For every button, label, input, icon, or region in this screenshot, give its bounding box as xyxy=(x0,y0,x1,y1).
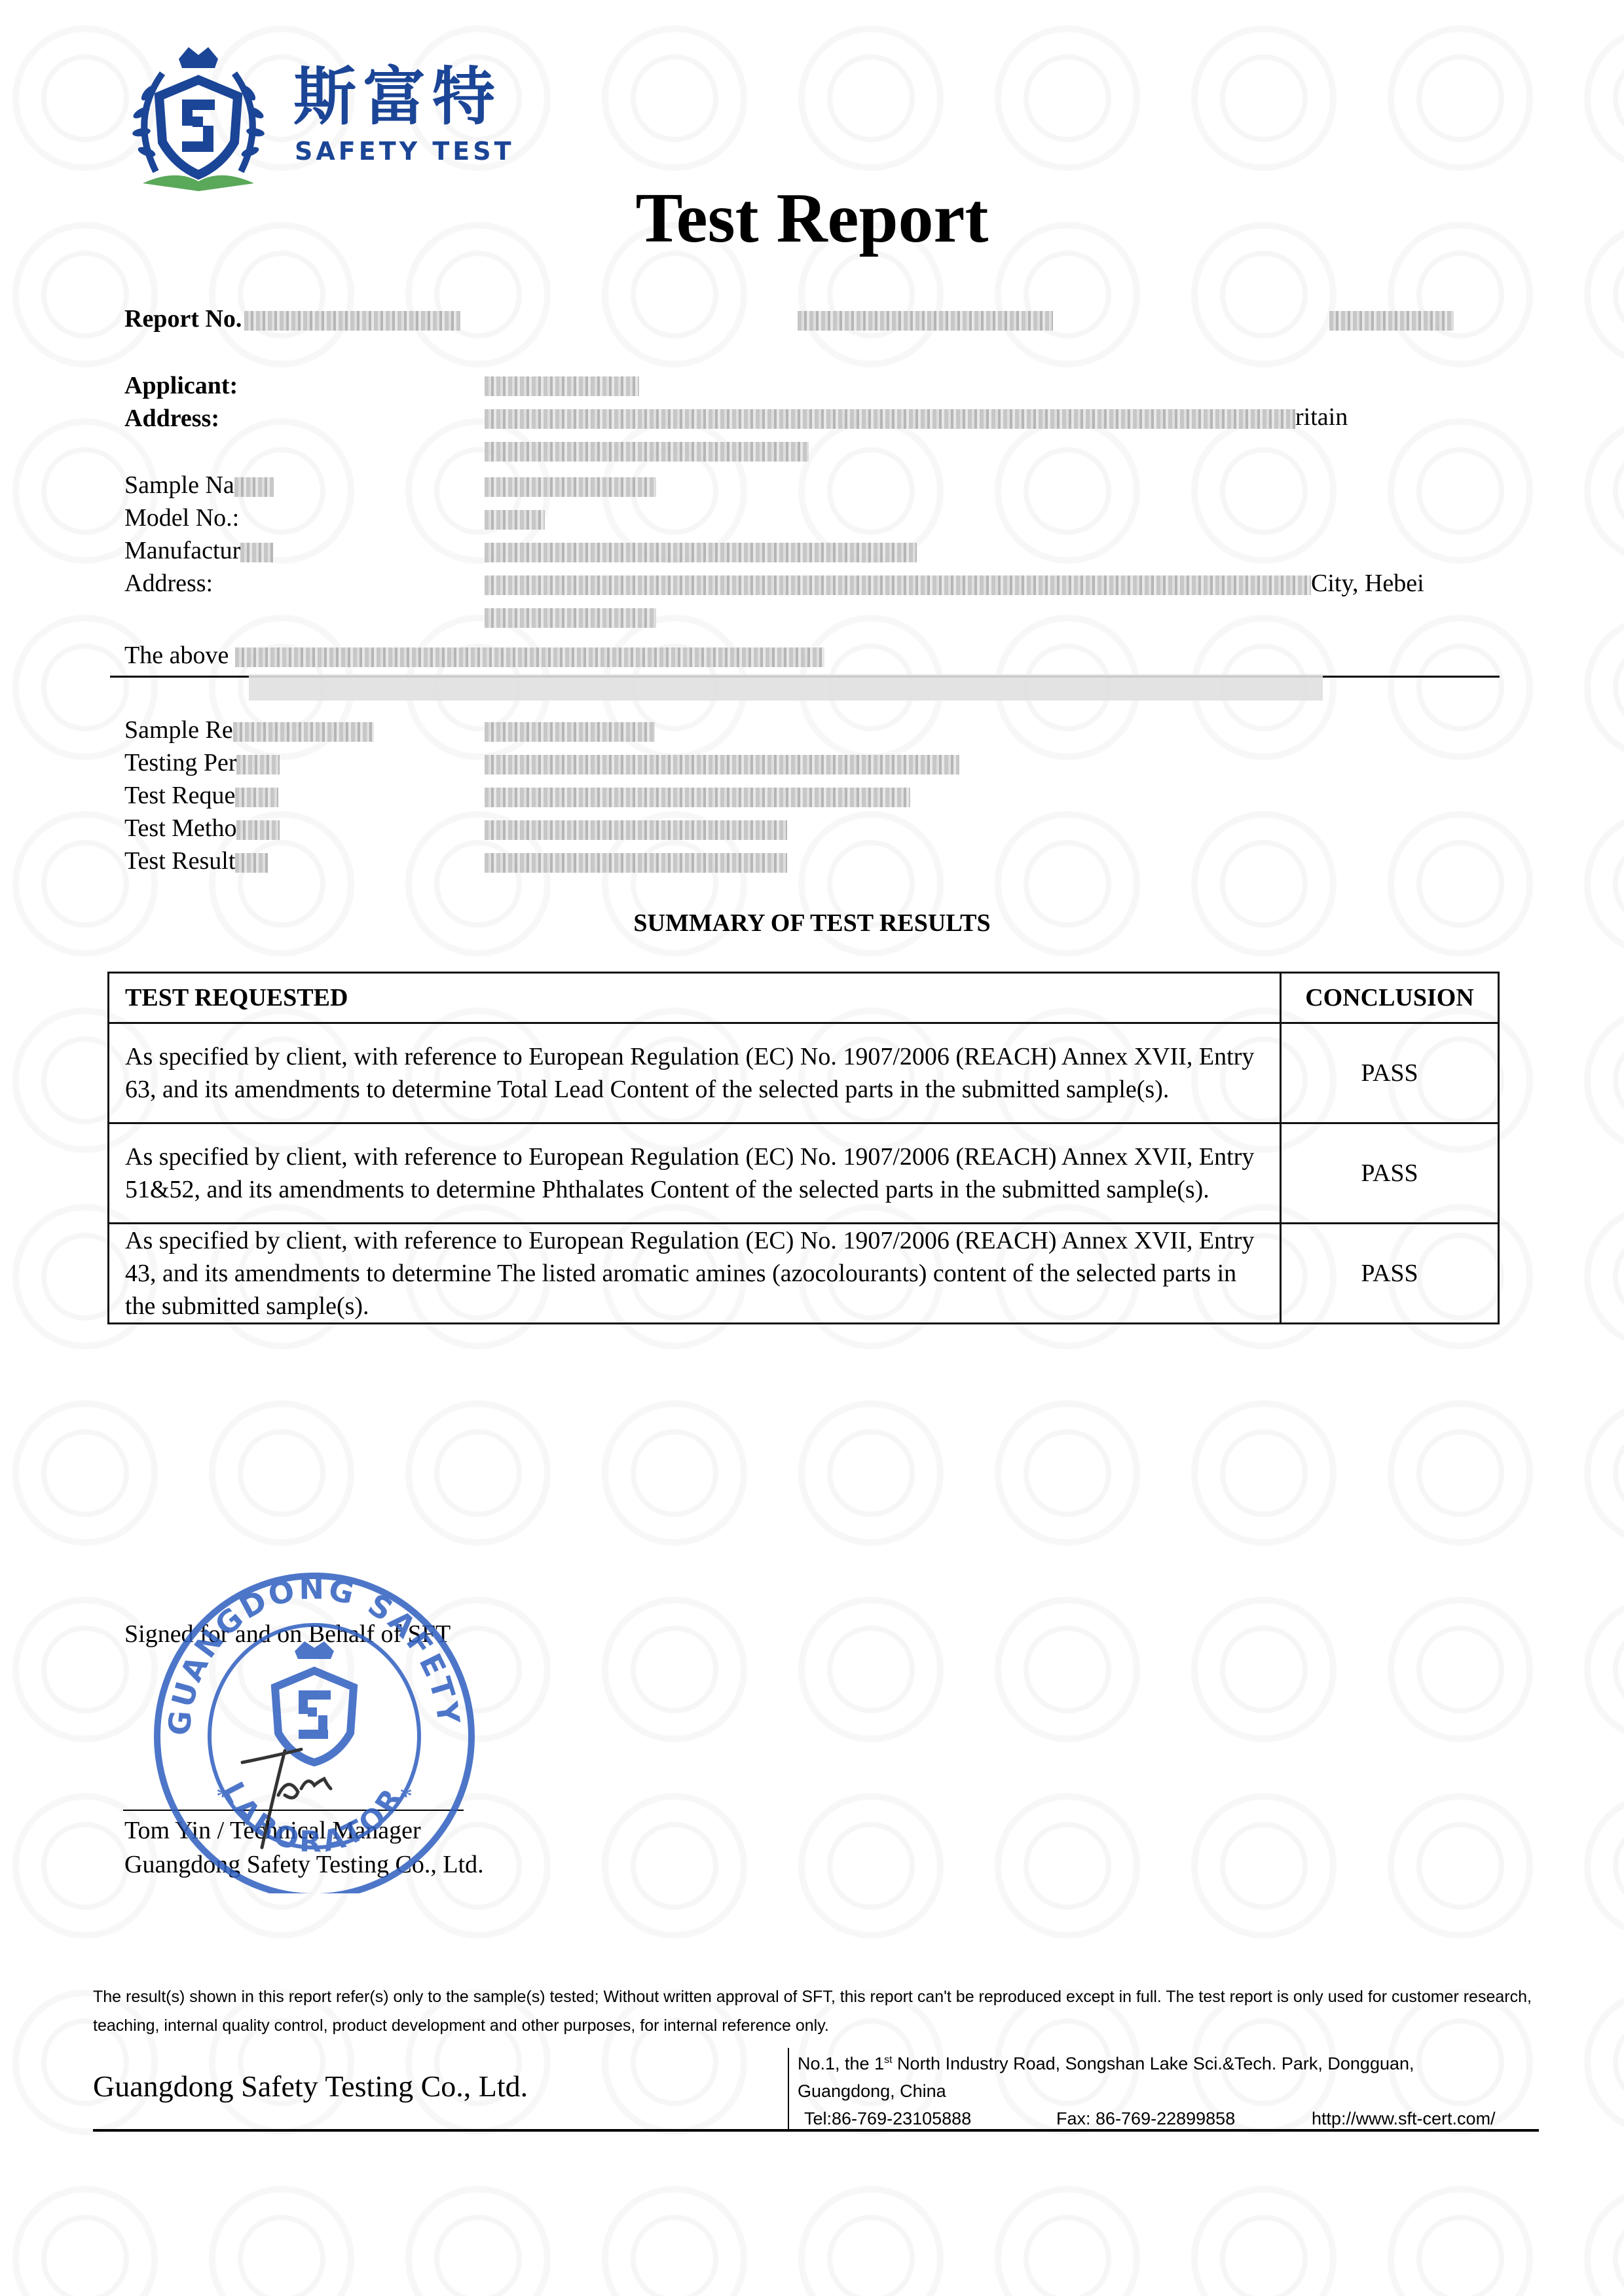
test-method-label: Test Metho xyxy=(124,812,280,845)
conclusion-value: PASS xyxy=(1281,1224,1499,1324)
sample-receiving-date-value xyxy=(485,714,655,746)
footer-company-name: Guangdong Safety Testing Co., Ltd. xyxy=(93,2069,528,2104)
table-row: As specified by client, with reference t… xyxy=(109,1224,1499,1324)
manufacturer-label: Manufactur xyxy=(124,534,273,567)
summary-title: SUMMARY OF TEST RESULTS xyxy=(0,909,1624,938)
sample-name-value xyxy=(485,469,656,501)
page-number xyxy=(1329,302,1454,335)
footer-contact-line: Tel:86-769-23105888Fax: 86-769-22899858h… xyxy=(798,2105,1538,2132)
logo-english-name: SAFETY TEST xyxy=(295,139,515,164)
test-requested-value xyxy=(485,779,910,812)
table-header-row: TEST REQUESTED CONCLUSION xyxy=(109,973,1499,1023)
footer-separator xyxy=(788,2048,789,2129)
company-logo: 斯富特 SAFETY TEST xyxy=(117,34,516,198)
model-no-value xyxy=(485,501,545,534)
model-no-label: Model No.: xyxy=(124,501,239,534)
manufacturer-address-label: Address: xyxy=(124,567,213,600)
table-row: As specified by client, with reference t… xyxy=(109,1023,1499,1123)
document-title: Test Report xyxy=(0,183,1624,254)
footer-website-link[interactable]: http://www.sft-cert.com/ xyxy=(1312,2105,1496,2132)
test-description: As specified by client, with reference t… xyxy=(109,1123,1281,1224)
manufacturer-address-line2 xyxy=(485,600,656,632)
page-number-redacted xyxy=(1329,311,1454,331)
footer-address-line2: Guangdong, China xyxy=(798,2077,1538,2105)
applicant-label: Applicant: xyxy=(124,369,238,402)
report-date-redacted xyxy=(798,311,1053,331)
svg-text:*: * xyxy=(399,1781,413,1811)
testing-period-label: Testing Per xyxy=(124,746,280,779)
testing-period-value xyxy=(485,746,959,779)
report-no-label: Report No. xyxy=(124,305,242,333)
conclusion-value: PASS xyxy=(1281,1023,1499,1123)
footer-address-block: No.1, the 1st North Industry Road, Songs… xyxy=(798,2047,1538,2132)
sample-receiving-date-label: Sample Re xyxy=(124,714,374,746)
manufacturer-value xyxy=(485,534,917,567)
test-results-label: Test Result xyxy=(124,845,268,877)
footer-rule xyxy=(93,2129,1539,2132)
report-no: Report No. xyxy=(124,302,460,335)
column-header-conclusion: CONCLUSION xyxy=(1281,973,1499,1023)
manufacturer-address-line1: City, Hebei xyxy=(485,567,1424,600)
summary-table: TEST REQUESTED CONCLUSION As specified b… xyxy=(107,972,1500,1324)
applicant-value xyxy=(485,368,639,401)
test-method-value xyxy=(485,812,787,845)
shield-crest-logo-icon xyxy=(117,34,280,198)
applicant-address-label: Address: xyxy=(124,402,219,435)
applicant-address-line1: ritain xyxy=(485,401,1348,433)
logo-chinese-name: 斯富特 xyxy=(293,65,502,128)
footer-tel: Tel:86-769-23105888 xyxy=(798,2105,1056,2132)
svg-text:*: * xyxy=(216,1781,229,1811)
test-requested-label: Test Reque xyxy=(124,779,278,812)
sample-name-label: Sample Na xyxy=(124,469,274,501)
divider-redacted-region xyxy=(249,674,1323,701)
footer-disclaimer: The result(s) shown in this report refer… xyxy=(93,1982,1534,2040)
report-date xyxy=(798,302,1053,335)
test-results-value xyxy=(485,845,787,877)
applicant-address-line2 xyxy=(485,433,809,466)
report-no-value-redacted xyxy=(244,311,460,331)
table-row: As specified by client, with reference t… xyxy=(109,1123,1499,1224)
provided-by-client-note: The above xyxy=(124,639,824,672)
company-stamp-icon: GUANGDONG SAFETY TESTING CO., LTD. LABOR… xyxy=(144,1566,485,1893)
conclusion-value: PASS xyxy=(1281,1123,1499,1224)
test-description: As specified by client, with reference t… xyxy=(109,1023,1281,1123)
footer-address-line1: No.1, the 1st North Industry Road, Songs… xyxy=(798,2047,1538,2077)
footer-fax: Fax: 86-769-22899858 xyxy=(1056,2105,1312,2132)
column-header-test-requested: TEST REQUESTED xyxy=(109,973,1281,1023)
test-description: As specified by client, with reference t… xyxy=(109,1224,1281,1324)
